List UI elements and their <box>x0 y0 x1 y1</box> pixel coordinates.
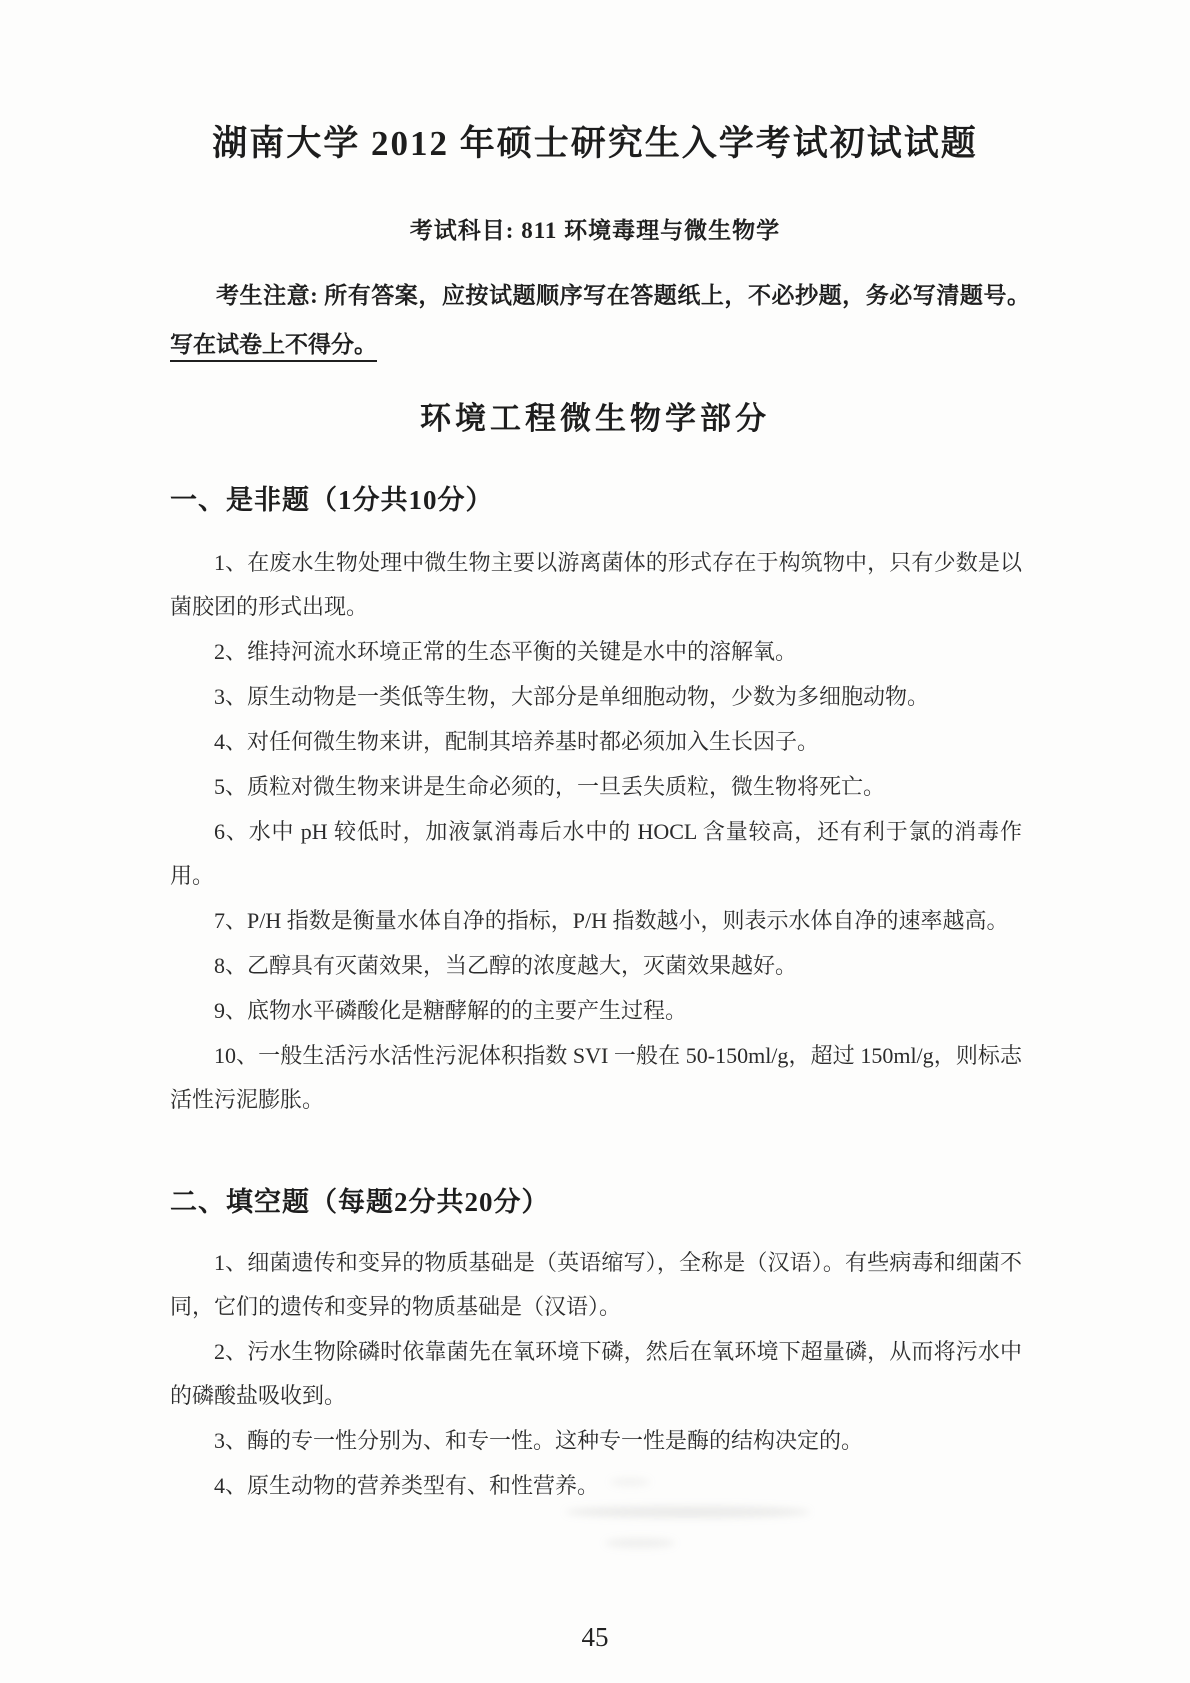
question-item: 4、对任何微生物来讲，配制其培养基时都必须加入生长因子。 <box>170 720 1022 764</box>
question-item: 7、P/H 指数是衡量水体自净的指标，P/H 指数越小，则表示水体自净的速率越高… <box>170 899 1022 943</box>
question-item: 3、酶的专一性分别为、和专一性。这种专一性是酶的结构决定的。 <box>170 1419 1022 1463</box>
question-item: 10、一般生活污水活性污泥体积指数 SVI 一般在 50-150ml/g，超过 … <box>170 1034 1022 1122</box>
question-item: 5、质粒对微生物来讲是生命必须的，一旦丢失质粒，微生物将死亡。 <box>170 765 1022 809</box>
part2-questions: 1、细菌遗传和变异的物质基础是（英语缩写），全称是（汉语）。有些病毒和细菌不同，… <box>170 1241 1022 1508</box>
question-item: 8、乙醇具有灭菌效果，当乙醇的浓度越大，灭菌效果越好。 <box>170 944 1022 988</box>
part2-heading: 二、填空题（每题2分共20分） <box>170 1180 1190 1219</box>
part1-questions: 1、在废水生物处理中微生物主要以游离菌体的形式存在于构筑物中，只有少数是以菌胶团… <box>170 541 1022 1122</box>
question-item: 1、细菌遗传和变异的物质基础是（英语缩写），全称是（汉语）。有些病毒和细菌不同，… <box>170 1241 1022 1329</box>
scan-smudge <box>565 1506 810 1518</box>
subject-line: 考试科目: 811 环境毒理与微生物学 <box>0 212 1190 245</box>
candidate-notice: 考生注意: 所有答案，应按试题顺序写在答题纸上，不必抄题，务必写清题号。写在试卷… <box>170 271 1030 369</box>
notice-text: 考生注意: 所有答案，应按试题顺序写在答题纸上，不必抄题，务必写清题号。 <box>216 283 1030 308</box>
question-item: 9、底物水平磷酸化是糖酵解的的主要产生过程。 <box>170 989 1022 1033</box>
notice-underlined-text: 写在试卷上不得分。 <box>170 332 377 357</box>
question-item: 2、维持河流水环境正常的生态平衡的关键是水中的溶解氧。 <box>170 630 1022 674</box>
page-title: 湖南大学 2012 年硕士研究生入学考试初试试题 <box>0 0 1190 166</box>
page-number: 45 <box>0 1622 1190 1653</box>
scan-smudge <box>610 1478 650 1486</box>
question-item: 2、污水生物除磷时依靠菌先在氧环境下磷，然后在氧环境下超量磷，从而将污水中的磷酸… <box>170 1330 1022 1418</box>
scan-smudge <box>605 1538 675 1548</box>
section-title: 环境工程微生物学部分 <box>0 393 1190 438</box>
question-item: 4、原生动物的营养类型有、和性营养。 <box>170 1464 1022 1508</box>
exam-paper-page: 湖南大学 2012 年硕士研究生入学考试初试试题 考试科目: 811 环境毒理与… <box>0 0 1190 1683</box>
question-item: 6、水中 pH 较低时，加液氯消毒后水中的 HOCL 含量较高，还有利于氯的消毒… <box>170 810 1022 898</box>
question-item: 1、在废水生物处理中微生物主要以游离菌体的形式存在于构筑物中，只有少数是以菌胶团… <box>170 541 1022 629</box>
question-item: 3、原生动物是一类低等生物，大部分是单细胞动物，少数为多细胞动物。 <box>170 675 1022 719</box>
part1-heading: 一、是非题（1分共10分） <box>170 478 1190 517</box>
